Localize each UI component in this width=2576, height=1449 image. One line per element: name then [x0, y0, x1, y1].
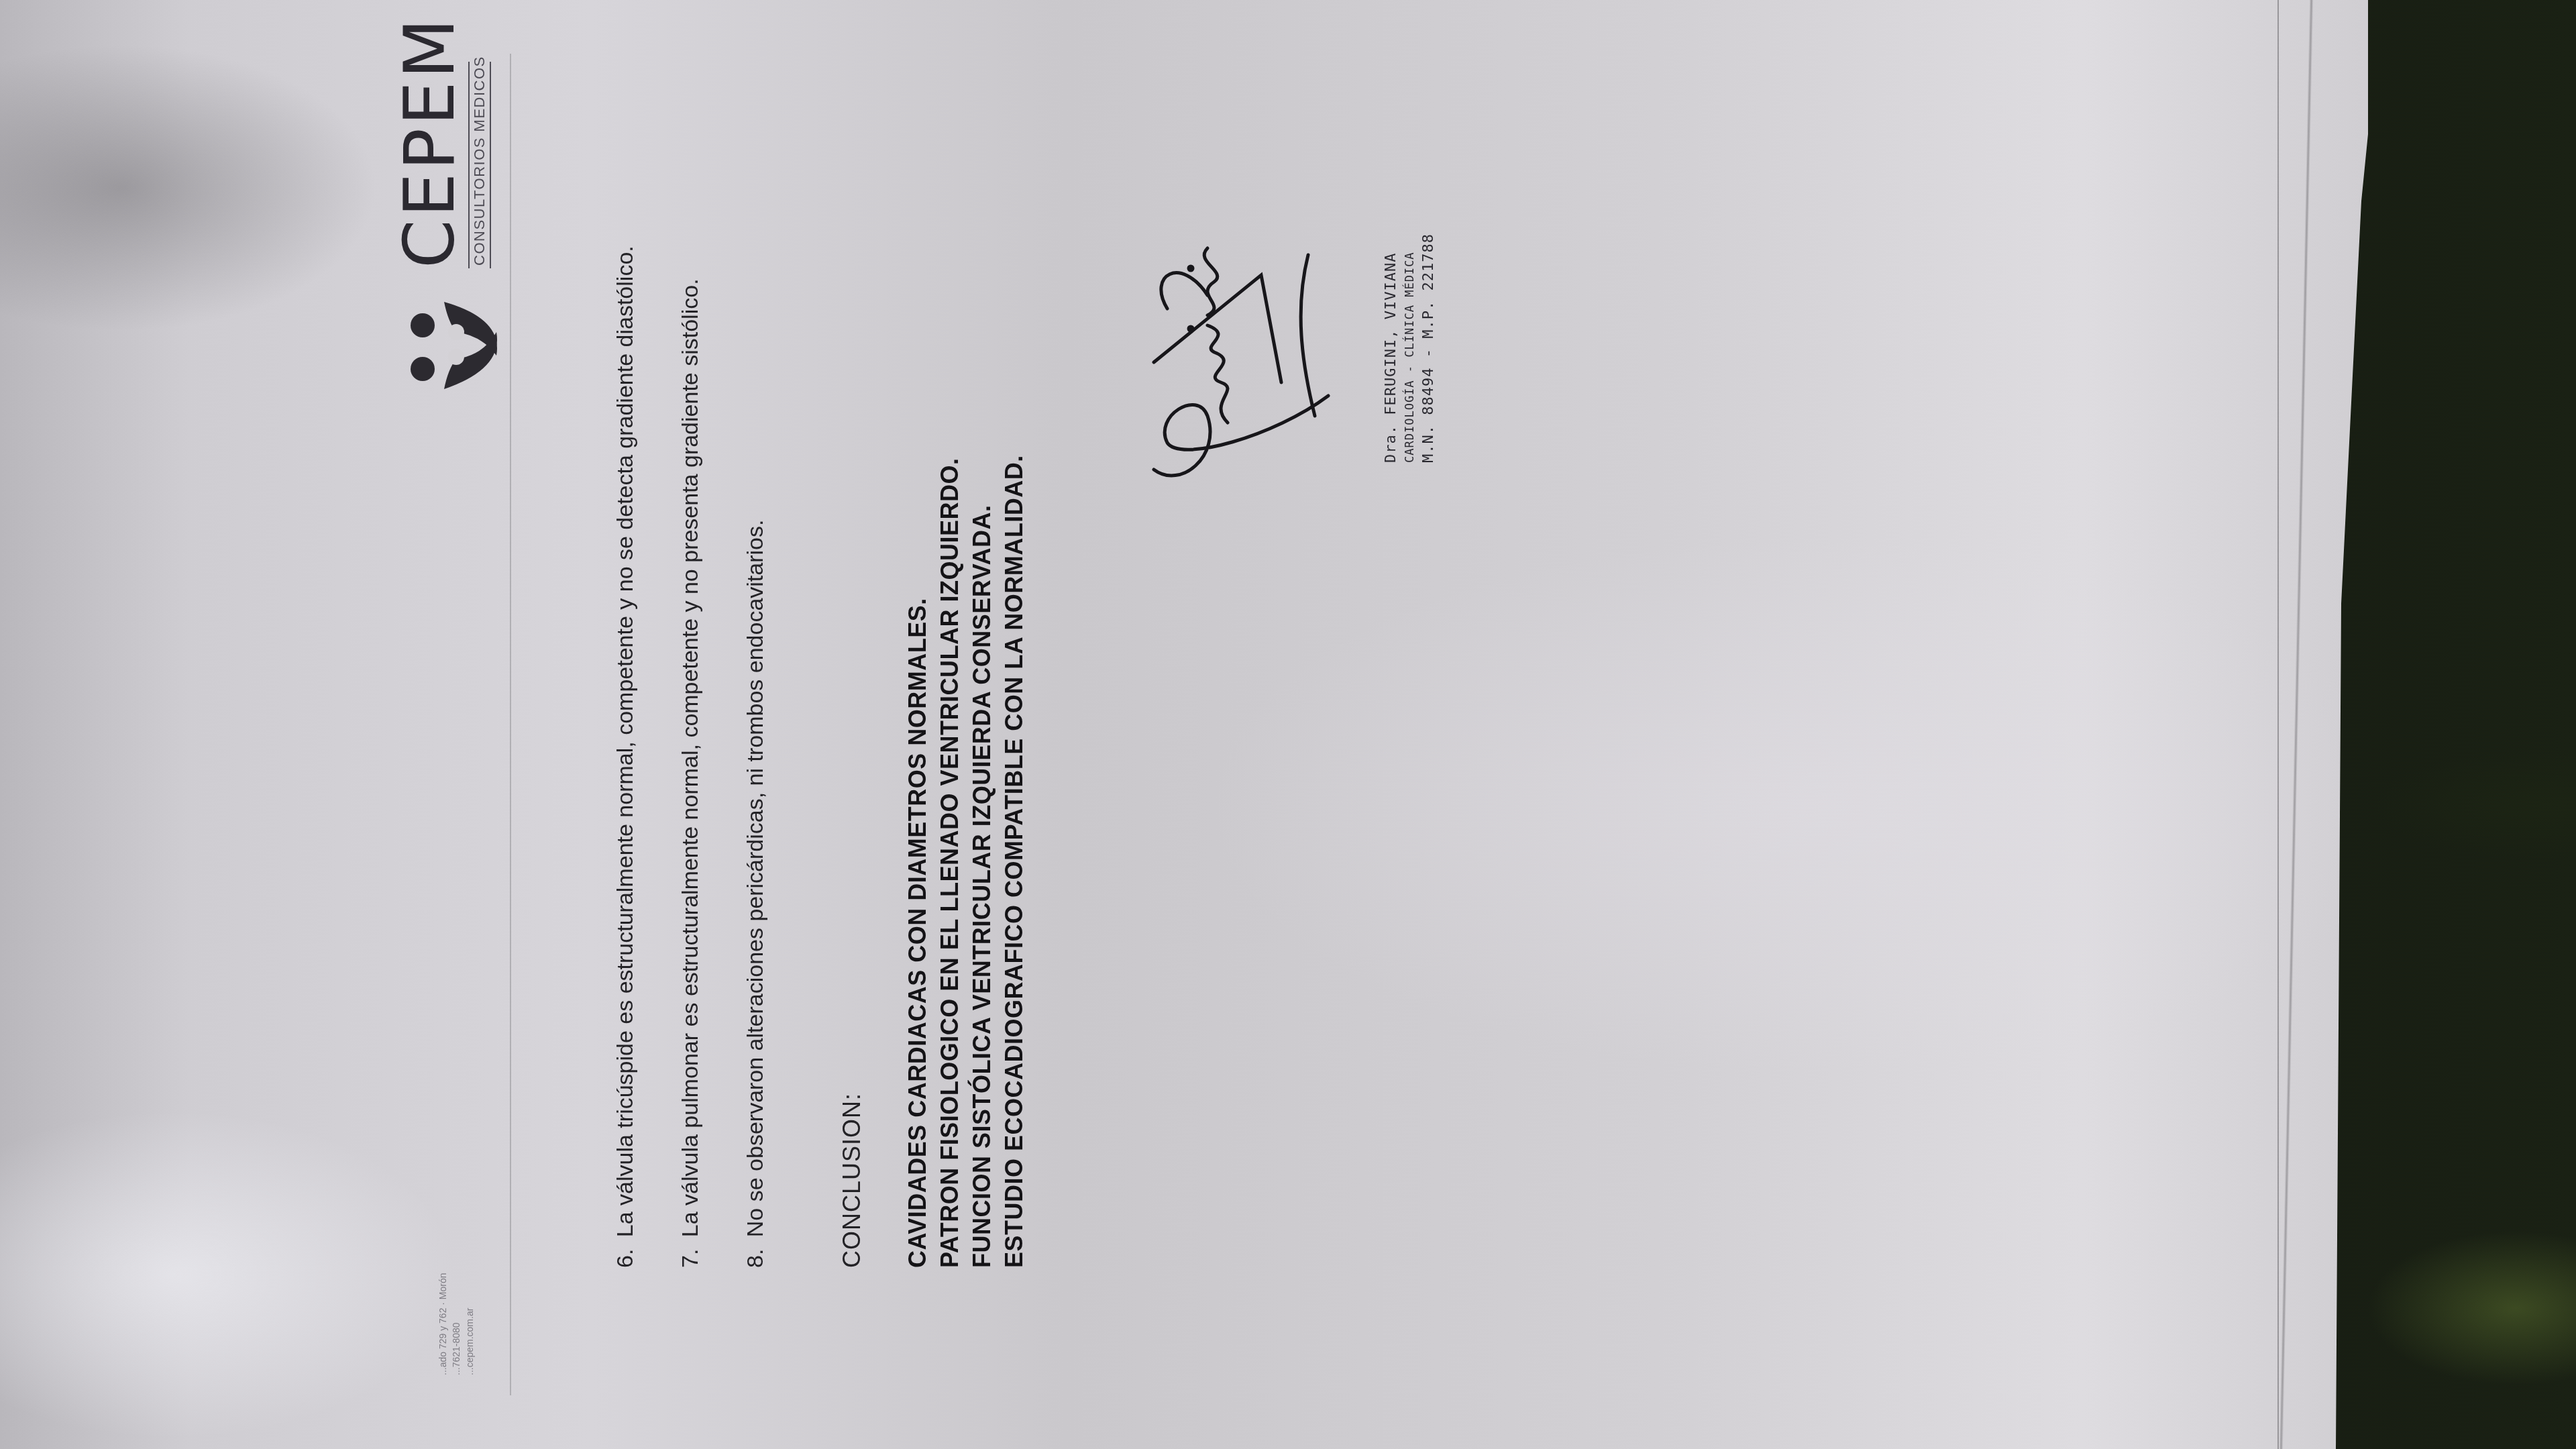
finding-number: 7. [678, 1249, 703, 1268]
people-family-icon [402, 295, 503, 396]
finding-item: 8. No se observaron alteraciones pericár… [741, 228, 771, 1268]
conclusion-line: PATRON FISIOLOGICO EN EL LLENADO VENTRIC… [934, 228, 966, 1268]
conclusion-line: CAVIDADES CARDIACAS CON DIAMETROS NORMAL… [902, 228, 934, 1268]
finding-item: 6. La válvula tricúspide es estructuralm… [610, 228, 641, 1268]
finding-number: 6. [612, 1249, 638, 1268]
handwritten-signature-icon [1127, 215, 1342, 496]
address-line: ...cepem.com.ar [463, 1273, 476, 1375]
finding-item: 7. La válvula pulmonar es estructuralmen… [676, 228, 706, 1268]
address-line: ...ado 729 y 762 · Morón [436, 1273, 449, 1375]
finding-text: La válvula tricúspide es estructuralment… [612, 246, 638, 1237]
address-line: ...7621-8080 [449, 1273, 463, 1375]
doctor-license: M.N. 88494 - M.P. 221788 [1419, 233, 1438, 463]
finding-text: No se observaron alteraciones pericárdic… [743, 520, 768, 1238]
conclusion-line: FUNCION SISTÓLICA VENTRICULAR IZQUIERDA … [966, 228, 998, 1268]
conclusion-line: ESTUDIO ECOCADIOGRAFICO COMPATIBLE CON L… [998, 228, 1030, 1268]
letterhead-address: ...ado 729 y 762 · Morón ...7621-8080 ..… [436, 1273, 476, 1375]
report-body: 6. La válvula tricúspide es estructuralm… [610, 228, 1030, 1268]
doctor-stamp: Dra. FERUGINI, VIVIANA CARDIOLOGÍA - CLÍ… [1382, 233, 1438, 463]
doctor-specialty: CARDIOLOGÍA - CLÍNICA MÉDICA [1401, 233, 1419, 463]
paper-fold [2279, 0, 2313, 1449]
letterhead-logo: CEPEM CONSULTORIOS MEDICOS [396, 16, 517, 396]
brand-name: CEPEM [396, 16, 463, 268]
rotated-page: CEPEM CONSULTORIOS MEDICOS ...ado 729 y … [0, 0, 1610, 1449]
paper-sheet: CEPEM CONSULTORIOS MEDICOS ...ado 729 y … [0, 0, 2368, 1449]
doctor-name: Dra. FERUGINI, VIVIANA [1382, 233, 1401, 463]
conclusion-heading: CONCLUSION: [837, 228, 867, 1268]
finding-text: La válvula pulmonar es estructuralmente … [678, 278, 703, 1237]
photo-scene: CEPEM CONSULTORIOS MEDICOS ...ado 729 y … [0, 0, 2576, 1449]
finding-number: 8. [743, 1249, 768, 1268]
footer-divider [2277, 0, 2279, 1449]
brand-subtitle: CONSULTORIOS MEDICOS [468, 62, 491, 268]
